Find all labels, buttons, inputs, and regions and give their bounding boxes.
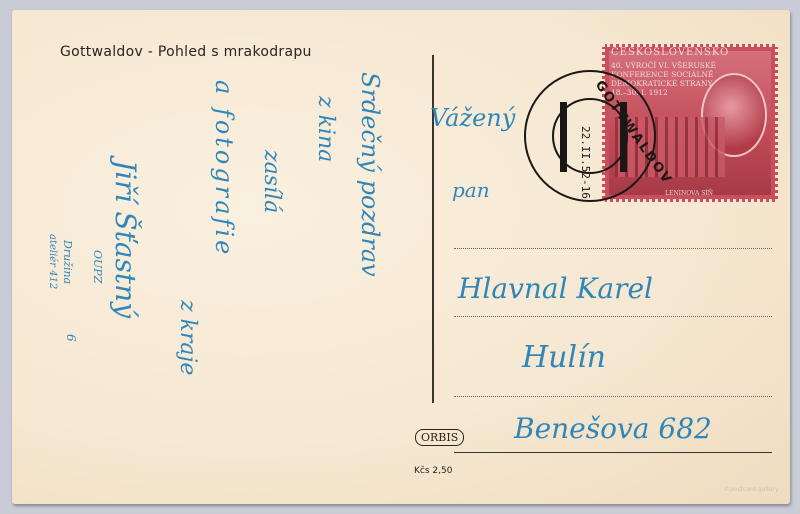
salutation-line2: pan xyxy=(452,178,490,202)
signature: Jiří Šťastný xyxy=(109,160,142,318)
orbis-publisher-logo: ORBIS xyxy=(415,429,464,446)
address-line xyxy=(454,316,772,317)
postcard: Gottwaldov - Pohled s mrakodrapu ČESKOSL… xyxy=(12,10,790,504)
salutation: Vážený xyxy=(430,104,515,132)
message-line: z kraje xyxy=(175,300,200,375)
sender-address-line: ateliér 412 xyxy=(47,234,58,289)
sender-address-line: OUPZ xyxy=(91,250,104,283)
postmark: GOTTWALDOV 22.II.52-16 xyxy=(524,70,656,202)
message-line: z kina xyxy=(313,96,338,162)
address-line xyxy=(454,248,772,249)
message-line: zasílá xyxy=(259,150,284,213)
watermark: ©postcard.gallery xyxy=(724,486,779,493)
message-line: Srdečný pozdrav xyxy=(356,72,384,277)
address-line xyxy=(454,396,772,397)
postcard-price: Kčs 2,50 xyxy=(414,466,452,476)
message-line: a fotografie xyxy=(210,80,238,257)
addressee-street: Benešova 682 xyxy=(514,412,712,445)
postmark-bar xyxy=(560,102,567,172)
stamp-country: ČESKOSLOVENSKO xyxy=(611,47,729,58)
sender-address-line: Družina xyxy=(61,240,74,284)
addressee-name: Hlavnal Karel xyxy=(458,272,653,305)
stamp-caption: LENINOVA SÍŇ xyxy=(665,190,713,197)
postmark-date: 22.II.52-16 xyxy=(579,126,592,199)
address-line xyxy=(454,452,772,453)
postcard-caption: Gottwaldov - Pohled s mrakodrapu xyxy=(60,44,312,60)
addressee-city: Hulín xyxy=(522,340,606,375)
sender-address-line: 6 xyxy=(64,334,78,342)
